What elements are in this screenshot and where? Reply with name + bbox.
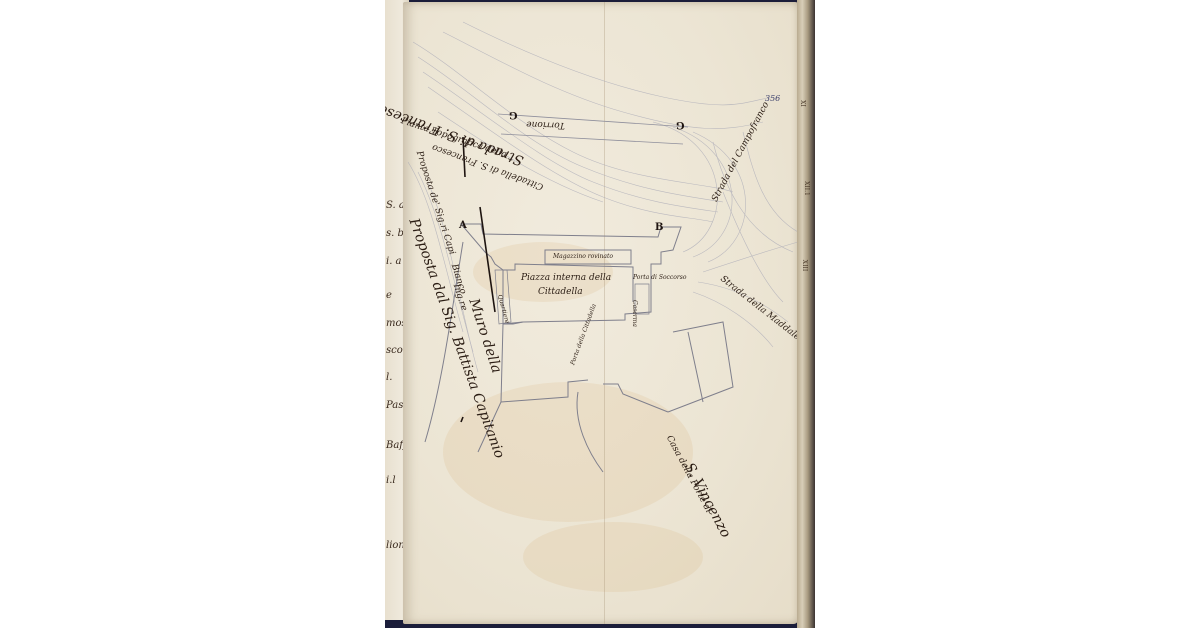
manuscript-page: 356 A B G G Torrione Strada di S. France…: [403, 2, 799, 624]
label-piazza-line2: Cittadella: [538, 288, 583, 297]
map-marker-g-right: G: [676, 119, 685, 130]
book-edge: XI XII.1 XIII: [797, 0, 815, 628]
citadel-map-drawing: [403, 2, 799, 624]
map-marker-a: A: [459, 220, 467, 231]
label-torrione: Torrione: [526, 119, 565, 129]
map-marker-g-left: G: [509, 109, 518, 120]
facing-text-fragment: S. a: [386, 200, 405, 211]
label-piazza-line1: Piazza interna della: [521, 274, 611, 283]
manuscript-scan: S. a s. b. i. s. i. a e mosso sco l. Pas…: [385, 0, 815, 628]
label-magazzino: Magazzino rovinato: [553, 254, 613, 260]
map-marker-b: B: [655, 222, 663, 233]
label-porta-soccorso: Porta di Soccorso: [633, 275, 686, 281]
facing-text-fragment: sco: [386, 345, 403, 356]
facing-text-fragment: i.l: [386, 475, 396, 486]
facing-text-fragment: l.: [386, 372, 392, 383]
facing-text-fragment: e: [386, 290, 392, 301]
label-caserma: Caserma: [631, 300, 637, 327]
facing-text-fragment: i. a: [386, 256, 402, 267]
